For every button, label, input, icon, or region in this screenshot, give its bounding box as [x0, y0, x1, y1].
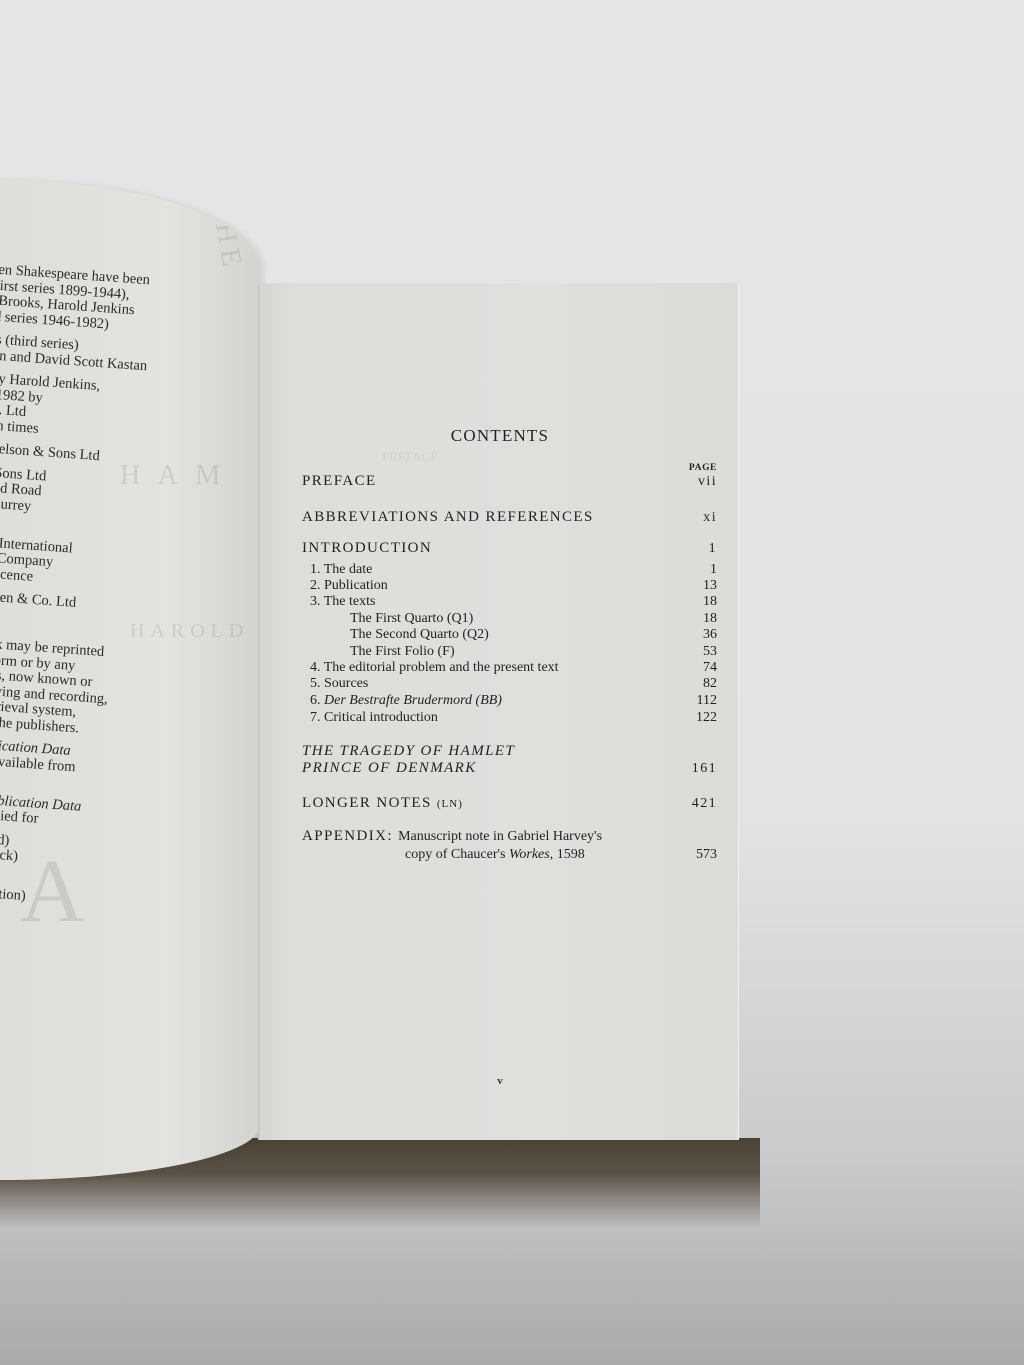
toc-entry-title: LONGER NOTES (LN) — [302, 795, 463, 812]
toc-entry-title: The Second Quarto (Q2) — [302, 627, 489, 643]
page-number: v — [262, 1075, 738, 1087]
toc-entry-title: 2. Publication — [302, 578, 388, 594]
toc-entry-page: 1 — [709, 541, 717, 557]
toc-entry-page: 82 — [703, 676, 717, 692]
bleed-through-ghost-text: THE — [204, 198, 248, 275]
toc-entry-title: 6. Der Bestrafte Brudermord (BB) — [302, 693, 502, 709]
toc-entry-page: 74 — [703, 660, 717, 676]
toc-entry-title: 4. The editorial problem and the present… — [302, 660, 559, 676]
contents-title: CONTENTS — [262, 426, 738, 446]
copyright-block: of this book may be reprinteded in any f… — [0, 633, 213, 745]
toc-entry-appendix-line2: copy of Chaucer's Workes, 1598 573 — [302, 847, 717, 863]
toc-entry-title: The First Quarto (Q1) — [302, 611, 473, 627]
toc-entry-title: INTRODUCTION — [302, 540, 432, 557]
copyright-text: ne Arden Shakespeare have beenCase (firs… — [0, 260, 239, 940]
toc-entry-title: PREFACE — [302, 473, 377, 490]
toc-entry-sources: 5. Sources 82 — [302, 676, 717, 692]
copyright-block: 7910-X (cased)59-3 (paperback) 6 5 4 3 — [0, 827, 200, 893]
toc-entry-title: APPENDIX: Manuscript note in Gabriel Har… — [302, 828, 602, 845]
toc-entry-the-date: 1. The date 1 — [302, 562, 717, 578]
toc-entry-page: 1 — [710, 562, 717, 578]
toc-entry-first-quarto: The First Quarto (Q1) 18 — [302, 611, 717, 627]
toc-entry-page: xi — [703, 510, 717, 526]
toc-entry-page: 573 — [696, 847, 717, 863]
toc-entry-preface: PREFACE vii — [302, 473, 717, 490]
left-page-copyright: THE H A M HAROLD A ne Arden Shakespeare … — [0, 180, 260, 1180]
toc-entry-title: The First Folio (F) — [302, 644, 455, 660]
toc-entry-page: vii — [698, 474, 717, 490]
toc-entry-title-continued: copy of Chaucer's Workes, 1598 — [302, 847, 585, 863]
toc-entry-page: 122 — [696, 710, 717, 726]
toc-entry-title: PRINCE OF DENMARK — [302, 760, 477, 777]
page-column-label: PAGE — [689, 463, 717, 473]
toc-entry-tragedy-of-hamlet-line1: THE TRAGEDY OF HAMLET — [302, 743, 717, 760]
toc-entry-title: ABBREVIATIONS AND REFERENCES — [302, 509, 594, 526]
toc-entry-title: 3. The texts — [302, 594, 375, 610]
toc-entry-tragedy-of-hamlet: PRINCE OF DENMARK 161 — [302, 760, 717, 777]
copyright-block: uing in Publication Datahis book is avai… — [0, 734, 206, 800]
toc-entry-title: 5. Sources — [302, 676, 368, 692]
toc-entry-page: 18 — [703, 594, 717, 610]
copyright-block: ne Arden Shakespeare have beenCase (firs… — [0, 260, 239, 341]
toc-entry-the-texts: 3. The texts 18 — [302, 594, 717, 610]
toc-entry-publication: 2. Publication 13 — [302, 578, 717, 594]
toc-entry-editorial-problem: 4. The editorial problem and the present… — [302, 660, 717, 676]
toc-entry-page: 36 — [703, 627, 717, 643]
toc-entry-critical-introduction: 7. Critical introduction 122 — [302, 710, 717, 726]
toc-entry-title: 7. Critical introduction — [302, 710, 438, 726]
toc-entry-title: 1. The date — [302, 562, 372, 578]
toc-entry-bestrafte-brudermord: 6. Der Bestrafte Brudermord (BB) 112 — [302, 693, 717, 709]
copyright-block: amlet, by Harold Jenkins,shed in 1982 by… — [0, 369, 232, 450]
toc-entry-second-quarto: The Second Quarto (Q2) 36 — [302, 627, 717, 643]
toc-entry-introduction: INTRODUCTION 1 — [302, 540, 717, 557]
toc-entry-page: 18 — [703, 611, 717, 627]
toc-entry-title: THE TRAGEDY OF HAMLET — [302, 743, 515, 760]
toc-entry-page: 112 — [697, 693, 717, 709]
toc-entry-page: 421 — [692, 796, 717, 812]
copyright-block: lson is an Internationalublishing Compan… — [0, 532, 220, 598]
bleed-through-text: PREFACE — [382, 449, 438, 465]
toc-entry-appendix: APPENDIX: Manuscript note in Gabriel Har… — [302, 828, 717, 845]
copyright-block: elson & Sons Ltde Mayfield RoadThames Su… — [0, 462, 225, 543]
toc-entry-first-folio: The First Folio (F) 53 — [302, 644, 717, 660]
toc-entry-page: 13 — [703, 578, 717, 594]
toc-entry-longer-notes: LONGER NOTES (LN) 421 — [302, 795, 717, 812]
toc-entry-abbreviations: ABBREVIATIONS AND REFERENCES xi — [302, 509, 717, 526]
toc-entry-page: 53 — [703, 644, 717, 660]
right-page-contents: PREFACE CONTENTS PAGE PREFACE vii ABBREV… — [262, 283, 739, 1140]
toc-entry-page: 161 — [692, 761, 717, 777]
